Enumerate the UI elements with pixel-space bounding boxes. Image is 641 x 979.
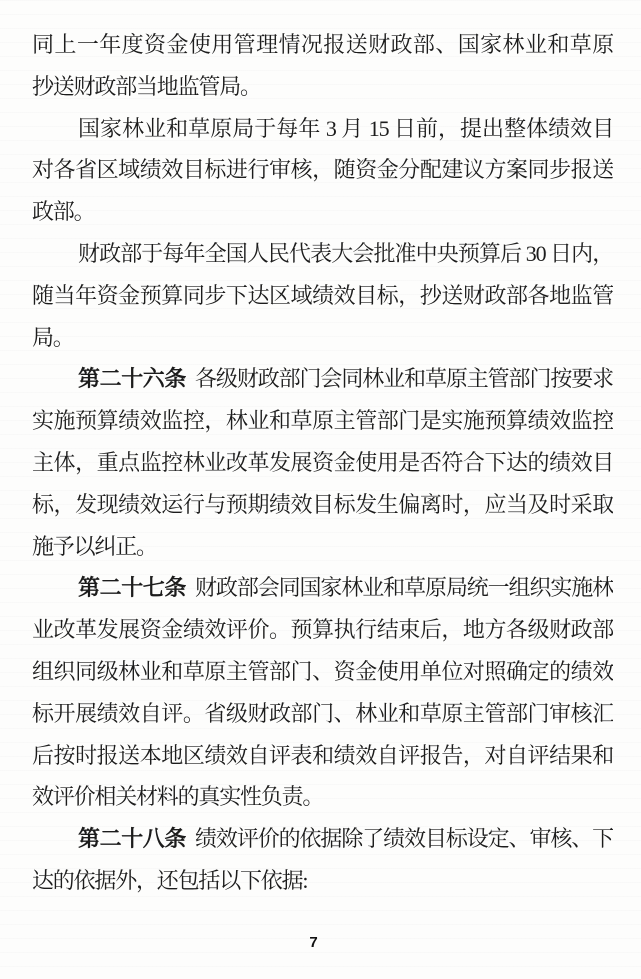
article-number-label: 第二十八条	[78, 826, 186, 851]
line-text: 局。	[32, 325, 74, 350]
line-text: 标，发现绩效运行与预期绩效目标发生偏离时，应当及时采取措	[32, 492, 613, 526]
text-line: 标开展绩效自评。省级财政部门、林业和草原主管部门审核汇总	[32, 693, 613, 735]
line-text: 随当年资金预算同步下达区域绩效目标，抄送财政部各地监管	[32, 283, 613, 308]
text-line: 达的依据外，还包括以下依据:	[32, 860, 613, 902]
text-line: 组织同级林业和草原主管部门、资金使用单位对照确定的绩效目	[32, 651, 613, 693]
line-text: 主体，重点监控林业改革发展资金使用是否符合下达的绩效目	[32, 450, 613, 475]
text-line: 第二十六条各级财政部门会同林业和草原主管部门按要求	[32, 358, 613, 400]
line-text: 对各省区域绩效目标进行审核，随资金分配建议方案同步报送财	[32, 157, 613, 191]
line-text: 达的依据外，还包括以下依据:	[32, 868, 307, 893]
text-line: 效评价相关材料的真实性负责。	[32, 776, 613, 818]
line-text: 国家林业和草原局于每年 3 月 15 日前，提出整体绩效目标，	[78, 116, 613, 150]
text-line: 施予以纠正。	[32, 526, 613, 568]
text-line: 同上一年度资金使用管理情况报送财政部、国家林业和草原局，	[32, 24, 613, 66]
line-text: 实施预算绩效监控，林业和草原主管部门是实施预算绩效监控的	[32, 408, 613, 442]
line-text: 政部。	[32, 199, 94, 224]
line-text: 组织同级林业和草原主管部门、资金使用单位对照确定的绩效目	[32, 659, 613, 693]
line-text: 各级财政部门会同林业和草原主管部门按要求	[195, 366, 613, 391]
text-line: 抄送财政部当地监管局。	[32, 66, 613, 108]
scanned-document-page: 同上一年度资金使用管理情况报送财政部、国家林业和草原局，抄送财政部当地监管局。国…	[0, 0, 641, 979]
line-text: 施予以纠正。	[32, 534, 157, 559]
line-text: 同上一年度资金使用管理情况报送财政部、国家林业和草原局，	[32, 32, 613, 66]
text-line: 国家林业和草原局于每年 3 月 15 日前，提出整体绩效目标，	[32, 108, 613, 150]
article-number-label: 第二十七条	[78, 575, 186, 600]
text-line: 财政部于每年全国人民代表大会批准中央预算后 30 日内，	[32, 233, 613, 275]
page-number: 7	[0, 934, 627, 951]
line-text: 业改革发展资金绩效评价。预算执行结束后，地方各级财政部门	[32, 617, 613, 651]
text-line: 第二十七条财政部会同国家林业和草原局统一组织实施林	[32, 567, 613, 609]
text-line: 标，发现绩效运行与预期绩效目标发生偏离时，应当及时采取措	[32, 484, 613, 526]
text-line: 主体，重点监控林业改革发展资金使用是否符合下达的绩效目	[32, 442, 613, 484]
text-line: 政部。	[32, 191, 613, 233]
text-line: 对各省区域绩效目标进行审核，随资金分配建议方案同步报送财	[32, 149, 613, 191]
text-line: 局。	[32, 317, 613, 359]
text-line: 随当年资金预算同步下达区域绩效目标，抄送财政部各地监管	[32, 275, 613, 317]
line-text: 效评价相关材料的真实性负责。	[32, 784, 323, 809]
line-text: 财政部于每年全国人民代表大会批准中央预算后 30 日内，	[78, 241, 613, 266]
line-text: 财政部会同国家林业和草原局统一组织实施林	[195, 575, 613, 600]
text-line: 实施预算绩效监控，林业和草原主管部门是实施预算绩效监控的	[32, 400, 613, 442]
text-line: 第二十八条绩效评价的依据除了绩效目标设定、审核、下	[32, 818, 613, 860]
article-number-label: 第二十六条	[78, 366, 186, 391]
document-body: 同上一年度资金使用管理情况报送财政部、国家林业和草原局，抄送财政部当地监管局。国…	[32, 24, 613, 902]
text-line: 后按时报送本地区绩效自评表和绩效自评报告，对自评结果和绩	[32, 735, 613, 777]
text-line: 业改革发展资金绩效评价。预算执行结束后，地方各级财政部门	[32, 609, 613, 651]
line-text: 后按时报送本地区绩效自评表和绩效自评报告，对自评结果和绩	[32, 743, 613, 777]
line-text: 绩效评价的依据除了绩效目标设定、审核、下	[195, 826, 613, 851]
line-text: 标开展绩效自评。省级财政部门、林业和草原主管部门审核汇总	[32, 701, 613, 735]
line-text: 抄送财政部当地监管局。	[32, 74, 261, 99]
